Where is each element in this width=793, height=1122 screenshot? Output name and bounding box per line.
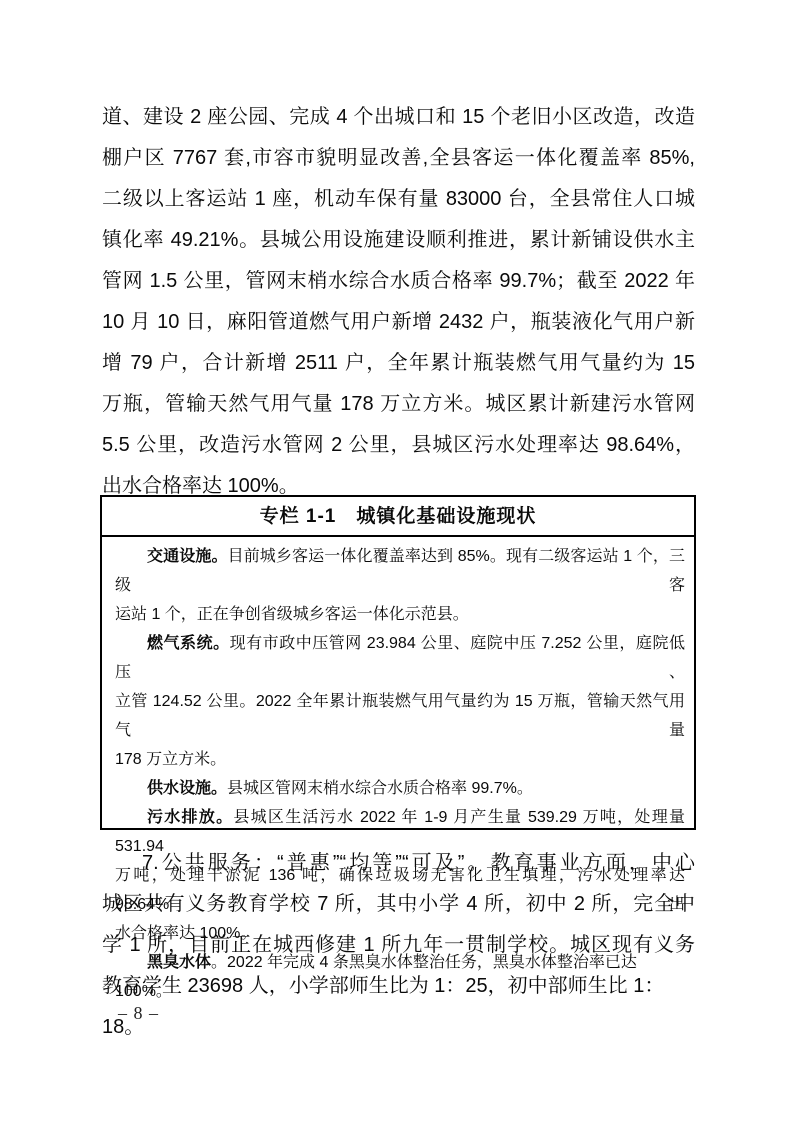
body-text-line: 道、建设 2 座公园、完成 4 个出城口和 15 个老旧小区改造，改造 bbox=[102, 97, 695, 138]
body-text-line: 城区共有义务教育学校 7 所，其中小学 4 所，初中 2 所，完全中 bbox=[102, 884, 695, 925]
callout-text-line: 178 万立方米。 bbox=[115, 745, 685, 774]
bold-label: 污水排放。 bbox=[147, 809, 233, 826]
callout-text-line: 供水设施。县城区管网末梢水综合水质合格率 99.7%。 bbox=[115, 774, 685, 803]
page-number: – 8 – bbox=[118, 1003, 159, 1024]
document-page: 道、建设 2 座公园、完成 4 个出城口和 15 个老旧小区改造，改造棚户区 7… bbox=[0, 0, 793, 1122]
body-text-line: 10 月 10 日，麻阳管道燃气用户新增 2432 户，瓶装液化气用户新 bbox=[102, 302, 695, 343]
body-text-line: 管网 1.5 公里，管网末梢水综合水质合格率 99.7%；截至 2022 年 bbox=[102, 261, 695, 302]
body-text-line: 万瓶，管输天然气用气量 178 万立方米。城区累计新建污水管网 bbox=[102, 384, 695, 425]
bold-label: 交通设施。 bbox=[147, 548, 228, 565]
body-text-line: 二级以上客运站 1 座，机动车保有量 83000 台，全县常住人口城 bbox=[102, 179, 695, 220]
bold-label: 燃气系统。 bbox=[147, 635, 230, 652]
callout-box-urban-infrastructure: 专栏 1-1 城镇化基础设施现状 交通设施。目前城乡客运一体化覆盖率达到 85%… bbox=[100, 495, 696, 830]
callout-box-title: 专栏 1-1 城镇化基础设施现状 bbox=[102, 497, 694, 537]
body-text-line: 教育学生 23698 人，小学部师生比为 1：25，初中部师生比 1：18。 bbox=[102, 966, 695, 1048]
bold-label: 供水设施。 bbox=[147, 780, 227, 797]
body-text-line: 5.5 公里，改造污水管网 2 公里，县城区污水处理率达 98.64%， bbox=[102, 425, 695, 466]
callout-text-line: 运站 1 个，正在争创省级城乡客运一体化示范县。 bbox=[115, 600, 685, 629]
callout-text-line: 交通设施。目前城乡客运一体化覆盖率达到 85%。现有二级客运站 1 个，三级客 bbox=[115, 542, 685, 600]
body-text-line: 增 79 户，合计新增 2511 户，全年累计瓶装燃气用气量约为 15 bbox=[102, 343, 695, 384]
body-text-line: 棚户区 7767 套,市容市貌明显改善,全县客运一体化覆盖率 85%, bbox=[102, 138, 695, 179]
body-text-line: 学 1 所，目前正在城西修建 1 所九年一贯制学校。城区现有义务 bbox=[102, 925, 695, 966]
callout-text-line: 燃气系统。现有市政中压管网 23.984 公里、庭院中压 7.252 公里，庭院… bbox=[115, 629, 685, 687]
paragraph-public-services: 7.公共服务：“普惠”“均等”“可及”。教育事业方面，中心城区共有义务教育学校 … bbox=[102, 843, 695, 1048]
body-text-line: 7.公共服务：“普惠”“均等”“可及”。教育事业方面，中心 bbox=[102, 843, 695, 884]
paragraph-urbanization-continued: 道、建设 2 座公园、完成 4 个出城口和 15 个老旧小区改造，改造棚户区 7… bbox=[102, 97, 695, 507]
body-text-line: 镇化率 49.21%。县城公用设施建设顺利推进，累计新铺设供水主 bbox=[102, 220, 695, 261]
callout-text-line: 立管 124.52 公里。2022 全年累计瓶装燃气用气量约为 15 万瓶，管输… bbox=[115, 687, 685, 745]
